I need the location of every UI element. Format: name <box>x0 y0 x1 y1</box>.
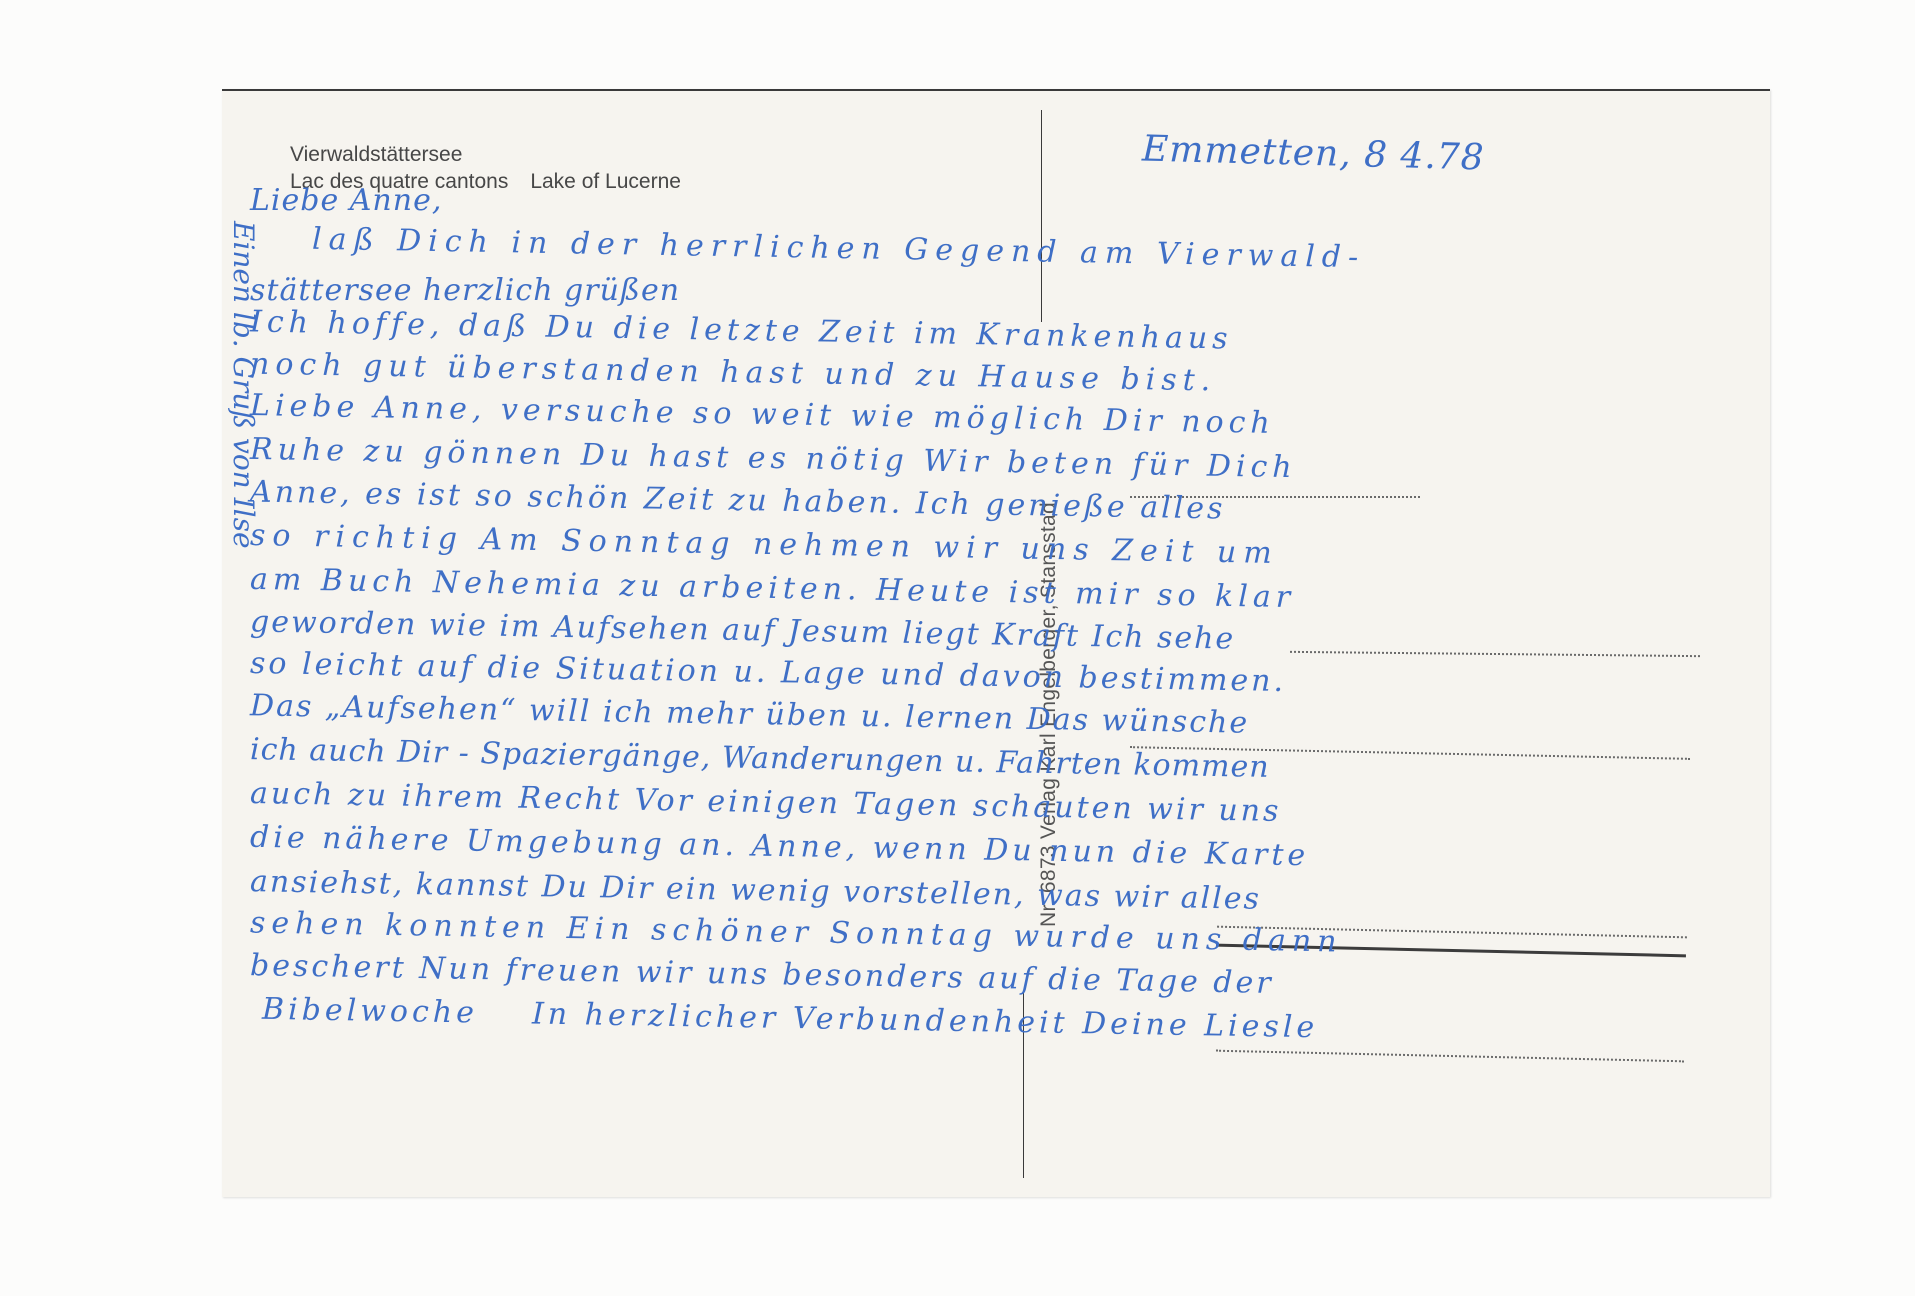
center-divider-upper <box>1041 110 1042 322</box>
address-line-5 <box>1216 1050 1684 1063</box>
message-line: die nähere Umgebung an. Anne, wenn Du nu… <box>250 820 1310 873</box>
postcard-back: Vierwaldstättersee Lac des quatre canton… <box>222 89 1770 1197</box>
place-date: Emmetten, 8 4.78 <box>1142 129 1486 179</box>
message-line: ich auch Dir - Spaziergänge, Wanderungen… <box>250 732 1270 785</box>
caption-german: Vierwaldstättersee <box>290 141 681 168</box>
message-line: Bibelwoche In herzlicher Verbundenheit D… <box>262 992 1319 1045</box>
message-line: Das „Aufsehen“ will ich mehr üben u. ler… <box>250 688 1250 740</box>
message-line: Liebe Anne, <box>250 183 442 218</box>
message-line: laß Dich in der herrlichen Gegend am Vie… <box>312 222 1366 275</box>
message-line: so richtig Am Sonntag nehmen wir uns Zei… <box>250 518 1279 571</box>
message-line: beschert Nun freuen wir uns besonders au… <box>250 948 1274 1001</box>
address-line-2 <box>1290 651 1700 657</box>
message-line: Anne, es ist so schön Zeit zu haben. Ich… <box>250 474 1226 526</box>
message-line: auch zu ihrem Recht Vor einigen Tagen sc… <box>250 776 1282 829</box>
caption-english: Lake of Lucerne <box>530 170 681 193</box>
message-line: stättersee herzlich grüßen <box>250 273 680 308</box>
